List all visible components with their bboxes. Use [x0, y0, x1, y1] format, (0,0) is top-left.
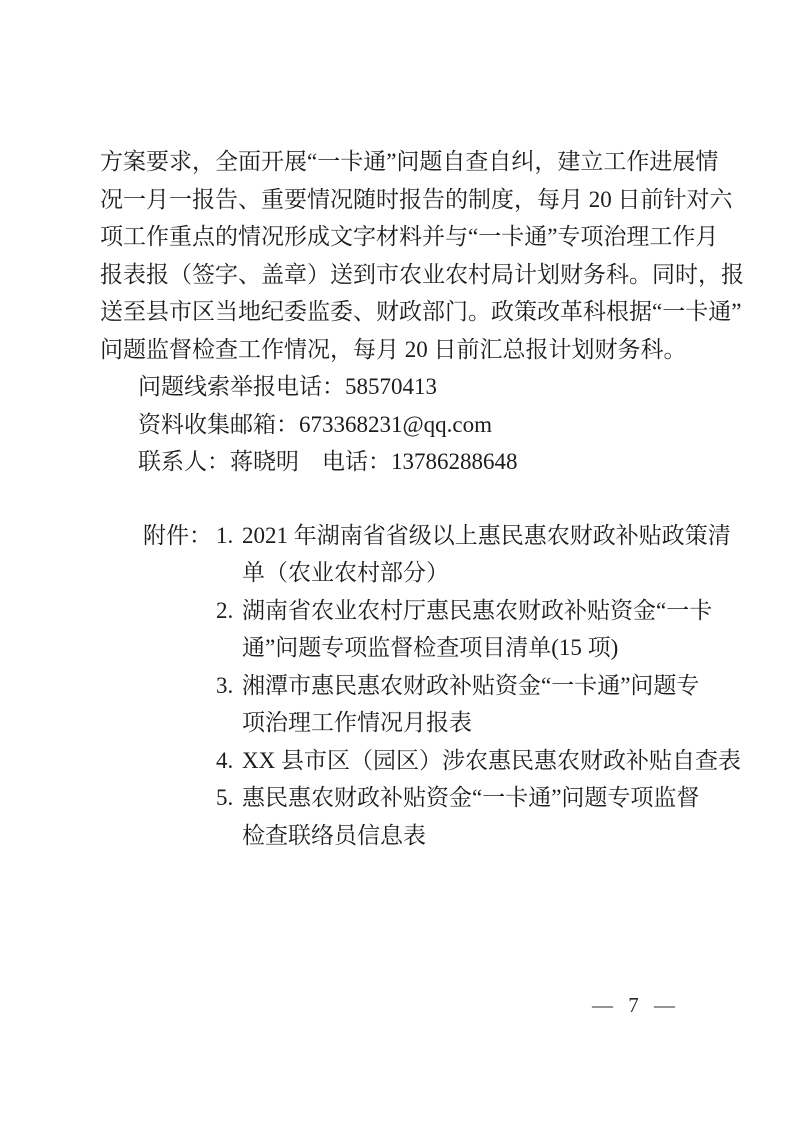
attachment-item-line: XX 县市区（园区）涉农惠民惠农财政补贴自查表 [242, 742, 696, 780]
document-page: 方案要求，全面开展“一卡通”问题自查自纠，建立工作进展情况一月一报告、重要情况随… [0, 0, 793, 1122]
main-paragraph: 方案要求，全面开展“一卡通”问题自查自纠，建立工作进展情况一月一报告、重要情况随… [100, 143, 696, 368]
attachment-item-text: 2021 年湖南省省级以上惠民惠农财政补贴政策清单（农业农村部分） [242, 517, 696, 592]
attachment-item-line: 湘潭市惠民惠农财政补贴资金“一卡通”问题专 [242, 667, 696, 705]
attachment-item: 2.湖南省农业农村厅惠民惠农财政补贴资金“一卡通”问题专项监督检查项目清单(15… [216, 592, 696, 667]
paragraph-line: 报表报（签字、盖章）送到市农业农村局计划财务科。同时，报 [100, 256, 696, 294]
paragraph-line: 送至县市区当地纪委监委、财政部门。政策改革科根据“一卡通” [100, 293, 696, 331]
attachment-item-text: 湘潭市惠民惠农财政补贴资金“一卡通”问题专项治理工作情况月报表 [242, 667, 696, 742]
attachment-item-line: 通”问题专项监督检查项目清单(15 项) [242, 629, 696, 667]
contact-line: 问题线索举报电话：58570413 [138, 368, 696, 406]
paragraph-line: 项工作重点的情况形成文字材料并与“一卡通”专项治理工作月 [100, 218, 696, 256]
attachment-item-text: 湖南省农业农村厅惠民惠农财政补贴资金“一卡通”问题专项监督检查项目清单(15 项… [242, 592, 696, 667]
attachment-item-number: 3. [216, 667, 242, 742]
document-content: 方案要求，全面开展“一卡通”问题自查自纠，建立工作进展情况一月一报告、重要情况随… [100, 143, 696, 854]
attachment-item-number: 2. [216, 592, 242, 667]
attachment-item-line: 湖南省农业农村厅惠民惠农财政补贴资金“一卡 [242, 592, 696, 630]
attachment-item-text: 惠民惠农财政补贴资金“一卡通”问题专项监督检查联络员信息表 [242, 779, 696, 854]
attachment-item: 5.惠民惠农财政补贴资金“一卡通”问题专项监督检查联络员信息表 [216, 779, 696, 854]
attachment-item-number: 4. [216, 742, 242, 780]
attachment-item: 1.2021 年湖南省省级以上惠民惠农财政补贴政策清单（农业农村部分） [216, 517, 696, 592]
attachment-item-line: 单（农业农村部分） [242, 554, 696, 592]
page-number: — 7 — [592, 993, 680, 1018]
attachment-item-line: 项治理工作情况月报表 [242, 704, 696, 742]
attachment-item-number: 5. [216, 779, 242, 854]
attachment-item-line: 2021 年湖南省省级以上惠民惠农财政补贴政策清 [242, 517, 696, 555]
attachment-block: 附件： 1.2021 年湖南省省级以上惠民惠农财政补贴政策清单（农业农村部分）2… [143, 517, 696, 855]
contact-line: 联系人：蒋晓明 电话：13786288648 [138, 443, 696, 481]
attachment-list: 1.2021 年湖南省省级以上惠民惠农财政补贴政策清单（农业农村部分）2.湖南省… [216, 517, 696, 855]
attachment-item-number: 1. [216, 517, 242, 592]
attachment-item-text: XX 县市区（园区）涉农惠民惠农财政补贴自查表 [242, 742, 696, 780]
paragraph-line: 方案要求，全面开展“一卡通”问题自查自纠，建立工作进展情 [100, 143, 696, 181]
paragraph-line: 况一月一报告、重要情况随时报告的制度，每月 20 日前针对六 [100, 181, 696, 219]
attachment-item-line: 惠民惠农财政补贴资金“一卡通”问题专项监督 [242, 779, 696, 817]
contact-line: 资料收集邮箱：673368231@qq.com [138, 406, 696, 444]
paragraph-line: 问题监督检查工作情况，每月 20 日前汇总报计划财务科。 [100, 331, 696, 369]
attachment-item: 3.湘潭市惠民惠农财政补贴资金“一卡通”问题专项治理工作情况月报表 [216, 667, 696, 742]
attachment-label: 附件： [143, 517, 212, 855]
attachment-item: 4.XX 县市区（园区）涉农惠民惠农财政补贴自查表 [216, 742, 696, 780]
contact-block: 问题线索举报电话：58570413资料收集邮箱：673368231@qq.com… [138, 368, 696, 481]
attachment-item-line: 检查联络员信息表 [242, 817, 696, 855]
